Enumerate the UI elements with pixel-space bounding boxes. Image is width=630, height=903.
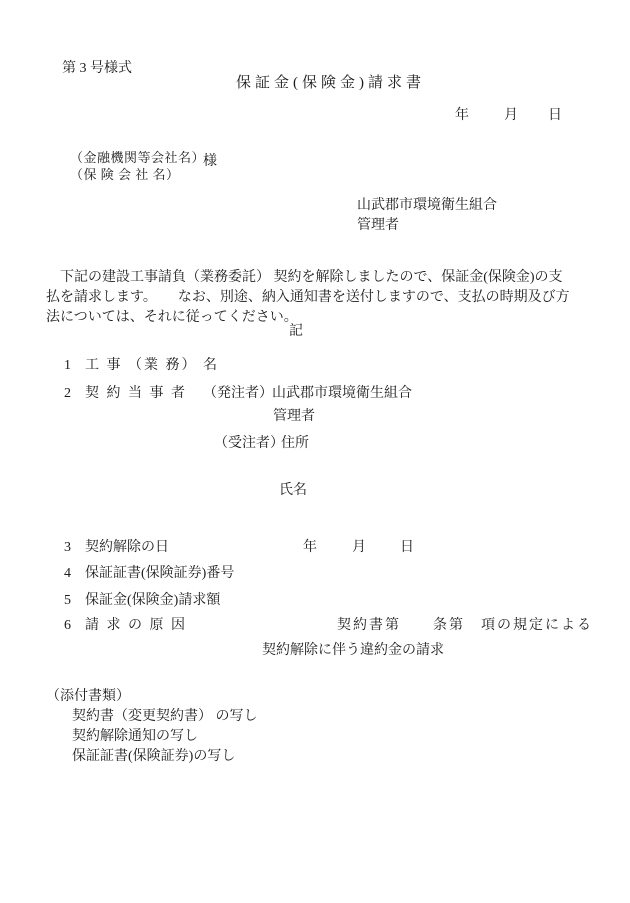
record-marker: 記 — [289, 325, 303, 339]
item4-label: 保証証書(保険証券)番号 — [85, 567, 234, 581]
document-title: 保証金(保険金)請求書 — [236, 76, 425, 91]
item3-year-label: 年 — [303, 541, 317, 555]
item3-number: 3 — [64, 541, 71, 555]
item2-number: 2 — [64, 387, 71, 401]
item6-cause-line-2: 契約解除に伴う違約金の請求 — [262, 644, 444, 658]
item2-contractor-name-label: 氏名 — [279, 484, 307, 498]
issue-date-day-label: 日 — [548, 109, 562, 123]
attachment-item-contract-copy: 契約書（変更契約書） の写し — [72, 710, 258, 724]
item2-label: 契 約 当 事 者 — [85, 387, 187, 401]
claim-form-page: 第 3 号様式 保証金(保険金)請求書 年 月 日 （金融機関等会社名） （保 … — [0, 0, 630, 903]
item1-number: 1 — [64, 359, 71, 373]
item4-number: 4 — [64, 567, 71, 581]
item3-day-label: 日 — [400, 541, 414, 555]
item6-label: 請 求 の 原 因 — [85, 619, 187, 633]
issue-date-year-label: 年 — [455, 109, 469, 123]
item6-cause-line-1: 契約書第 条第 項の規定による — [337, 619, 593, 633]
item1-label: 工 事 （業 務） 名 — [85, 359, 219, 373]
addressee-line-financial-institution: （金融機関等会社名） — [70, 151, 205, 164]
claimant-title: 管理者 — [357, 219, 399, 233]
item5-number: 5 — [64, 594, 71, 608]
item6-number: 6 — [64, 619, 71, 633]
intro-line-1: 下記の建設工事請負（業務委託） 契約を解除しましたので、保証金(保険金)の支 — [46, 268, 594, 288]
addressee-line-insurance-company: （保 険 会 社 名） — [70, 168, 180, 181]
addressee-honorific: 様 — [203, 155, 217, 169]
item2-contractor-address-label: 住所 — [281, 437, 309, 451]
item2-orderer-name: 山武郡市環境衛生組合 — [272, 387, 412, 401]
attachments-header: （添付書類） — [46, 690, 130, 704]
item2-orderer-title: 管理者 — [273, 410, 315, 424]
item5-label: 保証金(保険金)請求額 — [85, 594, 220, 608]
intro-line-3: 法については、それに従ってください。 — [46, 308, 594, 328]
item3-label: 契約解除の日 — [85, 541, 169, 555]
intro-paragraph: 下記の建設工事請負（業務委託） 契約を解除しましたので、保証金(保険金)の支 払… — [46, 268, 594, 328]
item3-month-label: 月 — [352, 541, 366, 555]
issue-date-month-label: 月 — [504, 109, 518, 123]
attachment-item-guarantee-certificate-copy: 保証証書(保険証券)の写し — [72, 750, 235, 764]
item2-orderer-label: （発注者） — [203, 387, 273, 401]
attachment-item-termination-notice-copy: 契約解除通知の写し — [72, 730, 198, 744]
intro-line-2: 払を請求します。 なお、別途、納入通知書を送付しますので、支払の時期及び方 — [46, 288, 594, 308]
claimant-organization: 山武郡市環境衛生組合 — [357, 199, 497, 213]
item2-contractor-label: （受注者） — [214, 437, 284, 451]
form-number: 第 3 号様式 — [62, 62, 132, 76]
